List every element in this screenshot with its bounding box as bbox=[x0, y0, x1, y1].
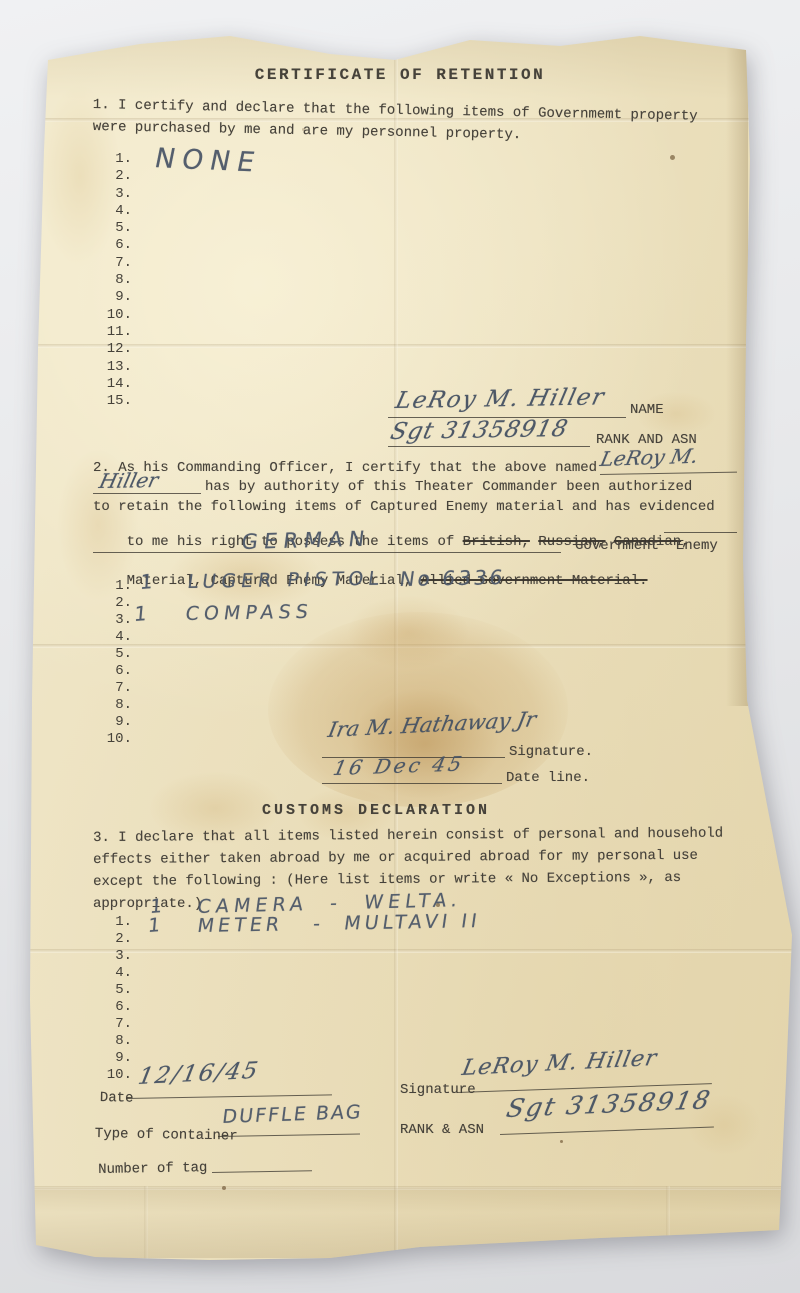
paragraph-line: except the following : (Here list items … bbox=[93, 870, 681, 890]
handwritten-luger-qty: 1 bbox=[139, 569, 154, 594]
list-number: 10. bbox=[96, 731, 132, 748]
tag-blank-line bbox=[212, 1170, 312, 1173]
list-number: 9. bbox=[96, 1050, 132, 1067]
handwritten-officer-date: 16 Dec 45 bbox=[331, 751, 467, 780]
paragraph-line: to retain the following items of Capture… bbox=[93, 499, 715, 515]
right-fold-shadow bbox=[726, 46, 748, 706]
paper-speck bbox=[222, 1186, 226, 1190]
handwritten-rank-asn: Sgt 31358918 bbox=[388, 416, 571, 445]
list-number: 3. bbox=[96, 612, 132, 629]
paragraph-line: appropriate.) bbox=[93, 896, 202, 912]
list-number: 8. bbox=[96, 1033, 132, 1050]
list-number: 3. bbox=[96, 186, 132, 203]
dateline-label: Date line. bbox=[506, 770, 590, 786]
dateline-underline bbox=[322, 783, 502, 784]
handwritten-luger-serial: No 6336 bbox=[398, 565, 507, 591]
paragraph-line: Government Enemy bbox=[575, 538, 718, 554]
certificate-paper: CERTIFICATE OF RETENTION 1. I certify an… bbox=[0, 0, 800, 1293]
list-number: 5. bbox=[96, 646, 132, 663]
struck-country: British, bbox=[463, 534, 530, 550]
list-number: 6. bbox=[96, 663, 132, 680]
list-number: 15. bbox=[96, 393, 132, 410]
handwritten-date: 12/16/45 bbox=[136, 1058, 262, 1090]
handwritten-signature: LeRoy M. Hiller bbox=[460, 1046, 659, 1081]
photo-backdrop: { "photo": { "backdrop_color": "#e7e8ea"… bbox=[0, 0, 800, 1293]
list-number: 9. bbox=[96, 289, 132, 306]
customs-heading: CUSTOMS DECLARATION bbox=[262, 802, 490, 819]
list-number: 8. bbox=[96, 697, 132, 714]
container-label: Type of container bbox=[95, 1126, 238, 1144]
list-number: 1. bbox=[96, 151, 132, 168]
item-number-list-3: 1.2.3.4.5.6.7.8.9.10. bbox=[96, 914, 132, 1084]
handwritten-meter-item: METER - MULTAVI II bbox=[196, 910, 482, 937]
list-number: 13. bbox=[96, 359, 132, 376]
handwritten-none-entry: NONE bbox=[152, 143, 264, 179]
list-number: 7. bbox=[96, 680, 132, 697]
document-paper-wrap: CERTIFICATE OF RETENTION 1. I certify an… bbox=[0, 0, 800, 1293]
list-number: 4. bbox=[96, 965, 132, 982]
paragraph-line: were purchased by me and are my personne… bbox=[93, 119, 522, 143]
list-number: 5. bbox=[96, 220, 132, 237]
list-number: 10. bbox=[96, 307, 132, 324]
item-number-list-2: 1.2.3.4.5.6.7.8.9.10. bbox=[96, 578, 132, 748]
handwritten-container: DUFFLE BAG bbox=[221, 1101, 364, 1128]
rank-underline bbox=[500, 1127, 714, 1135]
inline-blank-line bbox=[664, 532, 737, 533]
signature-label: Signature bbox=[400, 1082, 476, 1098]
rank-underline bbox=[388, 446, 590, 447]
stain bbox=[348, 596, 468, 668]
inline-blank-line bbox=[600, 472, 737, 475]
paragraph-line: 3. I declare that all items listed herei… bbox=[93, 826, 723, 846]
list-number: 12. bbox=[96, 341, 132, 358]
paragraph-line: effects either taken abroad by me or acq… bbox=[93, 848, 698, 868]
country-blank-line bbox=[93, 552, 561, 553]
handwritten-compass-item: COMPASS bbox=[184, 601, 314, 625]
handwritten-rank-asn: Sgt 31358918 bbox=[504, 1085, 714, 1123]
signature-label: Signature. bbox=[509, 744, 593, 760]
list-number: 4. bbox=[96, 203, 132, 220]
page-title: CERTIFICATE OF RETENTION bbox=[0, 66, 800, 84]
handwritten-inserted-last-name: Hiller bbox=[97, 468, 161, 493]
list-number: 7. bbox=[96, 255, 132, 272]
handwritten-compass-qty: 1 bbox=[133, 601, 148, 626]
list-number: 14. bbox=[96, 376, 132, 393]
handwritten-inserted-first-name: LeRoy M. bbox=[598, 444, 701, 471]
list-number: 2. bbox=[96, 595, 132, 612]
list-number: 4. bbox=[96, 629, 132, 646]
paper-speck bbox=[560, 1140, 563, 1143]
paper-speck bbox=[670, 155, 675, 160]
paragraph-line: has by authority of this Theater Command… bbox=[205, 479, 692, 495]
list-number: 10. bbox=[96, 1067, 132, 1084]
list-number: 2. bbox=[96, 931, 132, 948]
list-number: 7. bbox=[96, 1016, 132, 1033]
handwritten-meter-qty: 1 bbox=[147, 914, 161, 937]
tag-label: Number of tag bbox=[98, 1160, 207, 1178]
list-number: 11. bbox=[96, 324, 132, 341]
list-number: 5. bbox=[96, 982, 132, 999]
list-number: 8. bbox=[96, 272, 132, 289]
list-number: 2. bbox=[96, 168, 132, 185]
handwritten-country: GERMAN bbox=[240, 527, 372, 554]
list-number: 6. bbox=[96, 237, 132, 254]
item-number-list-1: 1.2.3.4.5.6.7.8.9.10.11.12.13.14.15. bbox=[96, 151, 132, 410]
paragraph-line: 2. As his Commanding Officer, I certify … bbox=[93, 460, 597, 476]
handwritten-name: LeRoy M. Hiller bbox=[393, 384, 608, 414]
handwritten-luger-item: LUGER PISTOL bbox=[186, 568, 385, 593]
list-number: 6. bbox=[96, 999, 132, 1016]
list-number: 9. bbox=[96, 714, 132, 731]
list-number: 1. bbox=[96, 914, 132, 931]
bottom-flap-shade bbox=[0, 1188, 800, 1258]
rank-asn-label: RANK & ASN bbox=[400, 1122, 484, 1138]
inline-blank-line bbox=[93, 493, 201, 494]
name-label: NAME bbox=[630, 402, 664, 418]
list-number: 1. bbox=[96, 578, 132, 595]
container-underline bbox=[218, 1134, 360, 1137]
date-underline bbox=[126, 1094, 332, 1099]
list-number: 3. bbox=[96, 948, 132, 965]
